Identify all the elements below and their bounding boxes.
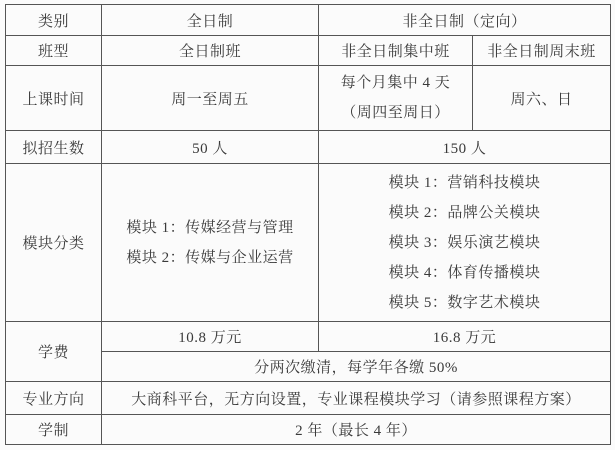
module-item: 模块 2：品牌公关模块 xyxy=(389,198,541,228)
modules-full-time-list: 模块 1：传媒经营与管理 模块 2：传媒与企业运营 xyxy=(126,213,293,273)
tuition-part-time: 16.8 万元 xyxy=(319,322,611,352)
class-type-full-time: 全日制班 xyxy=(102,36,319,66)
program-comparison-table: 类别 全日制 非全日制（定向） 班型 全日制班 非全日制集中班 非全日制周末班 … xyxy=(5,4,611,445)
category-label: 类别 xyxy=(6,5,102,36)
modules-full-time: 模块 1：传媒经营与管理 模块 2：传媒与企业运营 xyxy=(102,164,319,322)
row-category: 类别 全日制 非全日制（定向） xyxy=(6,5,611,36)
row-duration: 学制 2 年（最长 4 年） xyxy=(6,415,611,445)
major-direction-label: 专业方向 xyxy=(6,382,102,415)
row-class-time: 上课时间 周一至周五 每个月集中 4 天 （周四至周日） 周六、日 xyxy=(6,66,611,131)
document-page: 类别 全日制 非全日制（定向） 班型 全日制班 非全日制集中班 非全日制周末班 … xyxy=(0,0,615,450)
duration-label: 学制 xyxy=(6,415,102,445)
tuition-payment-note: 分两次缴清，每学年各缴 50% xyxy=(102,352,611,382)
class-type-intensive: 非全日制集中班 xyxy=(319,36,473,66)
modules-label: 模块分类 xyxy=(6,164,102,322)
row-class-type: 班型 全日制班 非全日制集中班 非全日制周末班 xyxy=(6,36,611,66)
class-type-label: 班型 xyxy=(6,36,102,66)
modules-part-time-list: 模块 1：营销科技模块 模块 2：品牌公关模块 模块 3：娱乐演艺模块 模块 4… xyxy=(389,168,541,318)
module-item: 模块 4：体育传播模块 xyxy=(389,258,541,288)
major-direction-value: 大商科平台，无方向设置，专业课程模块学习（请参照课程方案） xyxy=(102,382,611,415)
enrollment-full-time: 50 人 xyxy=(102,131,319,164)
row-major-direction: 专业方向 大商科平台，无方向设置，专业课程模块学习（请参照课程方案） xyxy=(6,382,611,415)
enrollment-part-time: 150 人 xyxy=(319,131,611,164)
class-time-intensive-line2: （周四至周日） xyxy=(323,98,468,128)
category-full-time: 全日制 xyxy=(102,5,319,36)
module-item: 模块 2：传媒与企业运营 xyxy=(126,243,293,273)
class-time-label: 上课时间 xyxy=(6,66,102,131)
class-time-weekend: 周六、日 xyxy=(473,66,611,131)
module-item: 模块 1：营销科技模块 xyxy=(389,168,541,198)
modules-part-time: 模块 1：营销科技模块 模块 2：品牌公关模块 模块 3：娱乐演艺模块 模块 4… xyxy=(319,164,611,322)
tuition-label: 学费 xyxy=(6,322,102,382)
class-type-weekend: 非全日制周末班 xyxy=(473,36,611,66)
module-item: 模块 3：娱乐演艺模块 xyxy=(389,228,541,258)
tuition-full-time: 10.8 万元 xyxy=(102,322,319,352)
class-time-intensive-line1: 每个月集中 4 天 xyxy=(323,68,468,98)
duration-value: 2 年（最长 4 年） xyxy=(102,415,611,445)
module-item: 模块 5：数字艺术模块 xyxy=(389,288,541,318)
class-time-intensive: 每个月集中 4 天 （周四至周日） xyxy=(319,66,473,131)
row-modules: 模块分类 模块 1：传媒经营与管理 模块 2：传媒与企业运营 模块 1：营销科技… xyxy=(6,164,611,322)
category-part-time: 非全日制（定向） xyxy=(319,5,611,36)
module-item: 模块 1：传媒经营与管理 xyxy=(126,213,293,243)
class-time-full-time: 周一至周五 xyxy=(102,66,319,131)
row-enrollment: 拟招生数 50 人 150 人 xyxy=(6,131,611,164)
row-tuition: 学费 10.8 万元 16.8 万元 xyxy=(6,322,611,352)
enrollment-label: 拟招生数 xyxy=(6,131,102,164)
